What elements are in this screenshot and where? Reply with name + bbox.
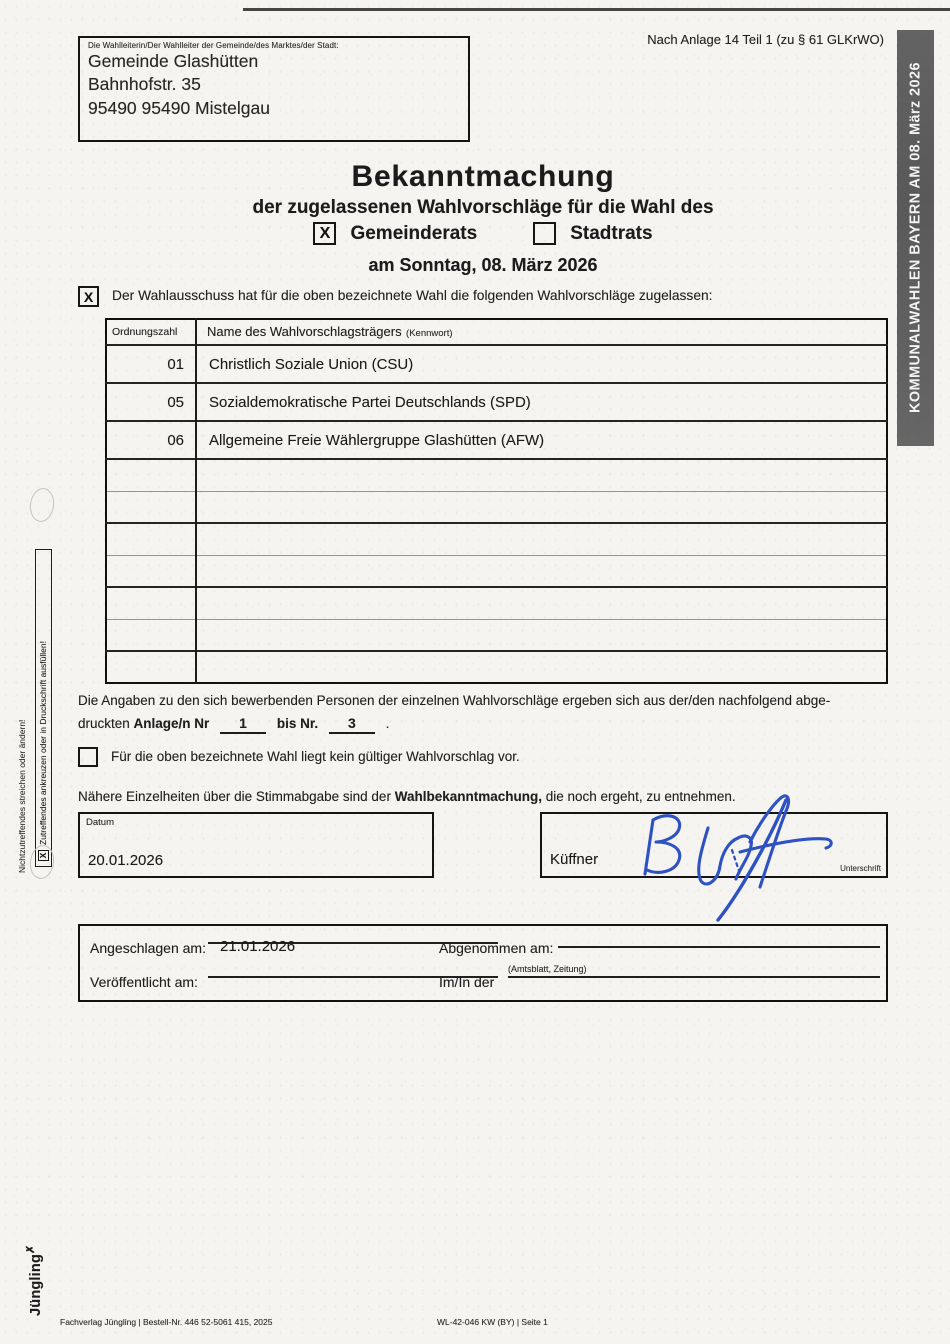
date-value: 20.01.2026 [88, 852, 163, 869]
footer-form-number: WL-42-046 KW (BY) | Seite 1 [437, 1317, 548, 1327]
issuer-street: Bahnhofstr. 35 [88, 73, 460, 96]
medium-label: Im/In der [439, 974, 494, 990]
scan-edge-line [243, 8, 950, 11]
margin-note: Nichtzutreffendes streichen oder ändern! [17, 540, 27, 873]
posted-value: 21.01.2026 [220, 938, 295, 955]
proposal-name: Allgemeine Freie Wählergruppe Glashütten… [196, 421, 887, 459]
date-label: Datum [86, 817, 114, 828]
election-type-row: X Gemeinderats Stadtrats [78, 222, 888, 245]
posting-box: Angeschlagen am: 21.01.2026 Abgenommen a… [78, 924, 888, 1002]
table-header-row: Ordnungszahl Name des Wahlvorschlagsträg… [106, 319, 887, 345]
table-row-empty [106, 651, 887, 683]
proposal-name: Christlich Soziale Union (CSU) [196, 345, 887, 383]
annex-note: Die Angaben zu den sich bewerbenden Pers… [78, 690, 892, 736]
scanned-form-page: Die Wahlleiterin/Der Wahlleiter der Geme… [0, 0, 950, 1344]
logo-mark: ✗ [25, 1245, 37, 1254]
checkbox-no-valid-proposal[interactable] [78, 747, 98, 767]
proposal-name: Sozialdemokratische Partei Deutschlands … [196, 383, 887, 421]
table-row-empty [106, 491, 887, 523]
column-header-ordnungszahl: Ordnungszahl [106, 319, 196, 345]
table-row-empty [106, 459, 887, 491]
removed-field[interactable] [558, 930, 880, 948]
no-valid-proposal-text: Für die oben bezeichnete Wahl liegt kein… [111, 747, 520, 764]
table-row-empty [106, 555, 887, 587]
checkbox-stadtrat[interactable] [533, 222, 556, 245]
footer-publisher-line: Fachverlag Jüngling | Bestell-Nr. 446 52… [60, 1317, 272, 1327]
published-label: Veröffentlicht am: [90, 974, 198, 990]
proposal-number: 06 [106, 421, 196, 459]
admission-statement: X Der Wahlausschuss hat für die oben bez… [78, 286, 878, 307]
checkbox-gemeinderat[interactable]: X [313, 222, 336, 245]
issuer-address-box: Die Wahlleiterin/Der Wahlleiter der Geme… [78, 36, 470, 142]
no-valid-proposal-row: Für die oben bezeichnete Wahl liegt kein… [78, 747, 520, 767]
annex-label-bis: bis Nr. [277, 716, 318, 731]
table-row-empty [106, 619, 887, 651]
admission-text: Der Wahlausschuss hat für die oben bezei… [112, 286, 713, 303]
margin-note-boxed: X Zutreffendes ankreuzen oder in Drucksc… [35, 549, 52, 867]
annex-line1: Die Angaben zu den sich bewerbenden Pers… [78, 690, 892, 713]
annex-from-field[interactable]: 1 [220, 715, 266, 734]
publisher-logo: Jüngling✗ [24, 1226, 44, 1316]
posted-label: Angeschlagen am: [90, 940, 206, 956]
proposal-number: 05 [106, 383, 196, 421]
table-row: 01 Christlich Soziale Union (CSU) [106, 345, 887, 383]
issuer-city: 95490 95490 Mistelgau [88, 97, 460, 120]
issuer-label: Die Wahlleiterin/Der Wahlleiter der Geme… [88, 41, 460, 50]
table-row: 05 Sozialdemokratische Partei Deutschlan… [106, 383, 887, 421]
margin-note-text: Zutreffendes ankreuzen oder in Druckschr… [38, 641, 48, 845]
column-header-name: Name des Wahlvorschlagsträgers (Kennwort… [196, 319, 887, 345]
handwritten-signature [590, 782, 890, 922]
checkbox-admission[interactable]: X [78, 286, 99, 307]
issuer-name: Gemeinde Glashütten [88, 50, 460, 73]
proposal-number: 01 [106, 345, 196, 383]
table-row-empty [106, 523, 887, 555]
label-stadtrat: Stadtrats [570, 223, 652, 245]
page-title: Bekanntmachung [78, 160, 888, 194]
annex-label-nr: Anlage/n Nr [134, 716, 210, 731]
medium-field[interactable] [508, 960, 880, 978]
table-row-empty [106, 587, 887, 619]
annex-line2: druckten Anlage/n Nr 1 bis Nr. 3 . [78, 713, 892, 736]
punch-hole [28, 486, 56, 523]
form-reference: Nach Anlage 14 Teil 1 (zu § 61 GLKrWO) [647, 32, 884, 47]
date-box: Datum 20.01.2026 [78, 812, 434, 878]
election-date-line: am Sonntag, 08. März 2026 [78, 255, 888, 276]
label-gemeinderat: Gemeinderats [350, 223, 477, 245]
annex-to-field[interactable]: 3 [329, 715, 375, 734]
side-banner-kommunalwahlen: KOMMUNALWAHLEN BAYERN AM 08. März 2026 [897, 30, 934, 446]
proposals-table: Ordnungszahl Name des Wahlvorschlagsträg… [105, 318, 888, 684]
table-row: 06 Allgemeine Freie Wählergruppe Glashüt… [106, 421, 887, 459]
page-subtitle: der zugelassenen Wahlvorschläge für die … [78, 197, 888, 219]
removed-label: Abgenommen am: [439, 940, 553, 956]
